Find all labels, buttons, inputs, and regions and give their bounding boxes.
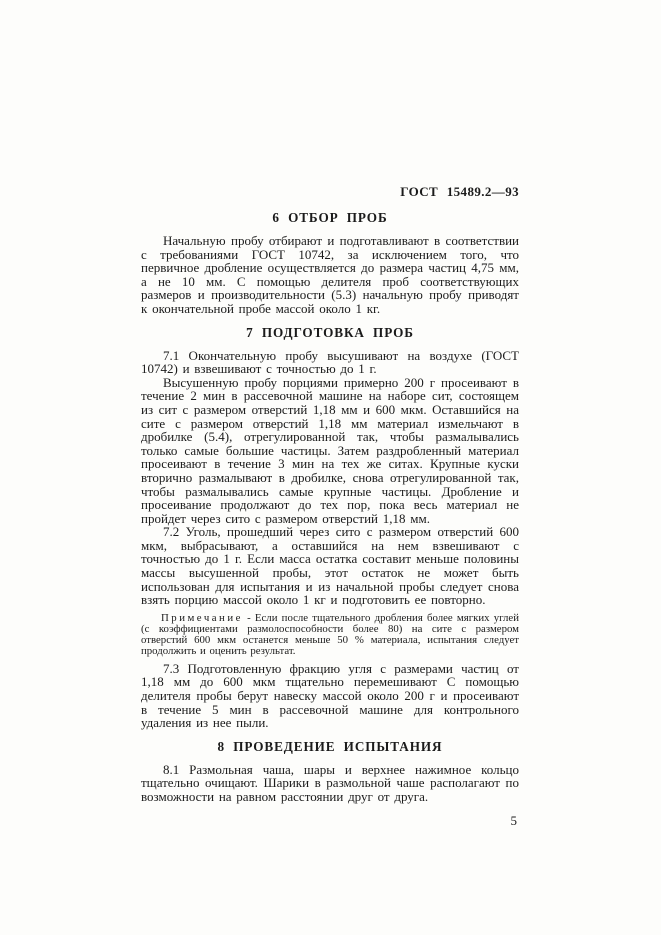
paragraph-7-3: 7.3 Подготовленную фракцию угля с размер… [141, 662, 519, 730]
gost-number-header: ГОСТ 15489.2—93 [141, 184, 519, 200]
section-7-title: 7 ПОДГОТОВКА ПРОБ [141, 325, 519, 341]
section-8-title: 8 ПРОВЕДЕНИЕ ИСПЫТАНИЯ [141, 739, 519, 755]
section-6-title: 6 ОТБОР ПРОБ [141, 210, 519, 226]
document-page: ГОСТ 15489.2—93 6 ОТБОР ПРОБ Начальную п… [141, 184, 519, 829]
section-6-paragraph: Начальную пробу отбирают и подготавливаю… [141, 234, 519, 316]
page-number: 5 [141, 813, 519, 829]
paragraph-7-1-continued: Высушенную пробу порциями примерно 200 г… [141, 376, 519, 526]
paragraph-7-2: 7.2 Уголь, прошедший через сито с размер… [141, 525, 519, 607]
paragraph-7-1: 7.1 Окончательную пробу высушивают на во… [141, 349, 519, 376]
note-block: Примечание - Если после тщательного дроб… [141, 613, 519, 657]
paragraph-8-1: 8.1 Размольная чаша, шары и верхнее нажи… [141, 763, 519, 804]
